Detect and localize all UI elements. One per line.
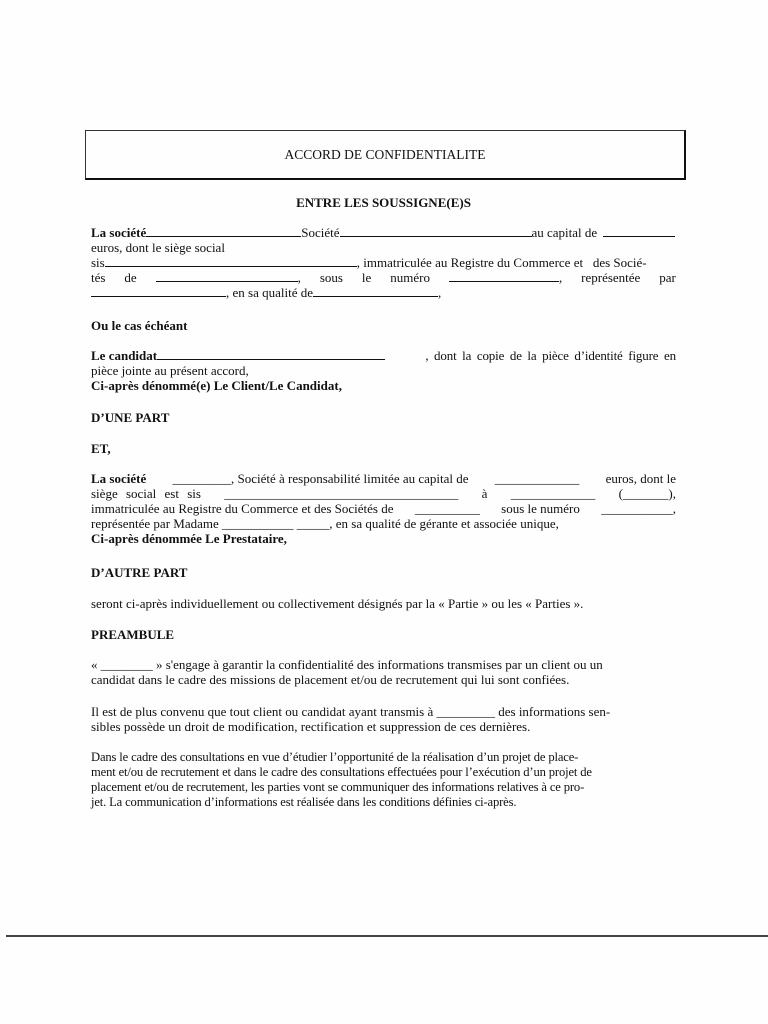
preambule-paragraph-3: Dans le cadre des consultations en vue d…: [91, 750, 676, 810]
party2-name-blank: _________: [173, 471, 232, 486]
preambule-paragraph-1: « ________ » s'engage à garantir la conf…: [91, 657, 676, 687]
comma: ,: [438, 285, 441, 300]
party1-block: La société Société au capital de euros, …: [91, 225, 676, 300]
dautre-part-heading: D’AUTRE PART: [91, 565, 676, 580]
party2-block: La société _________, Société à responsa…: [91, 471, 676, 546]
party2-text1: , Société à responsabilité limitée au ca…: [231, 471, 469, 486]
party2-a: à: [482, 486, 488, 501]
candidat-text: , dont la copie de la pièce d’identité f…: [425, 348, 676, 363]
party2-text1b: euros, dont le: [606, 471, 676, 486]
party1-par: par: [659, 270, 676, 285]
party1-representative-blank: [91, 285, 226, 297]
preambule-p1-line2: candidat dans le cadre des missions de p…: [91, 672, 676, 687]
party1-le: le: [362, 270, 371, 285]
party1-type-blank: [340, 225, 532, 237]
party1-societe: Société: [301, 225, 339, 240]
document-page: ACCORD DE CONFIDENTIALITE ENTRE LES SOUS…: [0, 0, 768, 1024]
comma: ,: [298, 270, 301, 285]
et-heading: ET,: [91, 441, 676, 456]
preambule-p3-line: jet. La communication d’informations est…: [91, 795, 676, 810]
parties-heading: ENTRE LES SOUSSIGNE(E)S: [91, 195, 676, 210]
party2-line3b: sous le numéro: [501, 501, 580, 516]
party1-label: La société: [91, 225, 146, 240]
party1-qualite: , en sa qualité de: [226, 285, 313, 300]
party1-line2: euros, dont le siège social: [91, 240, 676, 255]
party2-designation: Ci-après dénommée Le Prestataire,: [91, 531, 676, 546]
party2-rep-blank2: _____: [297, 516, 330, 531]
preambule-p2-line2: sibles possède un droit de modification,…: [91, 719, 676, 734]
dune-part-heading: D’UNE PART: [91, 410, 676, 425]
preambule-p3-line: placement et/ou de recrutement, les part…: [91, 780, 676, 795]
preambule-heading: PREAMBULE: [91, 627, 676, 642]
document-title: ACCORD DE CONFIDENTIALITE: [285, 147, 486, 163]
party2-postal-blank: (_______),: [619, 486, 676, 501]
party1-rcs-city-blank: [156, 270, 298, 282]
candidat-block: Le candidat , dont la copie de la pièce …: [91, 348, 676, 393]
party2-line4b: , en sa qualité de gérante et associée u…: [329, 516, 559, 531]
party1-numero: numéro: [390, 270, 430, 285]
party1-sous: sous: [320, 270, 343, 285]
party2-line2a: siège social est sis: [91, 486, 201, 501]
preambule-p3-line: ment et/ou de recrutement et dans le cad…: [91, 765, 676, 780]
party1-number-blank: [449, 270, 559, 282]
party1-capital-blank: [603, 225, 675, 237]
party1-de: de: [124, 270, 136, 285]
alt-heading: Ou le cas échéant: [91, 318, 676, 333]
candidat-label: Le candidat: [91, 348, 157, 363]
preambule-paragraph-2: Il est de plus convenu que tout client o…: [91, 704, 676, 734]
party2-capital-blank: _____________: [495, 471, 580, 486]
preambule-p3-line: Dans le cadre des consultations en vue d…: [91, 750, 676, 765]
party1-address-blank: [105, 255, 357, 267]
party1-capital-label: au capital de: [532, 225, 598, 240]
page-bottom-rule: [6, 935, 768, 937]
party1-name-blank: [146, 225, 301, 237]
preambule-p2-line1: Il est de plus convenu que tout client o…: [91, 704, 676, 719]
candidat-designation: Ci-après dénommé(e) Le Client/Le Candida…: [91, 378, 676, 393]
comma: ,: [559, 270, 562, 285]
preambule-p1-line1: « ________ » s'engage à garantir la conf…: [91, 657, 676, 672]
party1-tes: tés: [91, 270, 105, 285]
party2-number-blank: ___________,: [601, 501, 676, 516]
candidat-line2: pièce jointe au présent accord,: [91, 363, 676, 378]
party2-label: La société: [91, 471, 146, 486]
party2-city-blank: _____________: [511, 486, 596, 501]
party2-rep-blank1: ___________: [222, 516, 294, 531]
party1-sis: sis: [91, 255, 105, 270]
party2-address-blank: ____________________________________: [224, 486, 458, 501]
party2-line3a: immatriculée au Registre du Commerce et …: [91, 501, 394, 516]
parties-sentence: seront ci-après individuellement ou coll…: [91, 596, 676, 611]
party1-representee: représentée: [581, 270, 640, 285]
title-box: ACCORD DE CONFIDENTIALITE: [85, 130, 686, 180]
party2-line4a: représentée par Madame: [91, 516, 219, 531]
candidat-name-blank: [157, 348, 385, 360]
party1-qualite-blank: [313, 285, 438, 297]
party1-rcs: , immatriculée au Registre du Commerce e…: [357, 255, 647, 270]
party2-rcs-blank: __________: [415, 501, 480, 516]
